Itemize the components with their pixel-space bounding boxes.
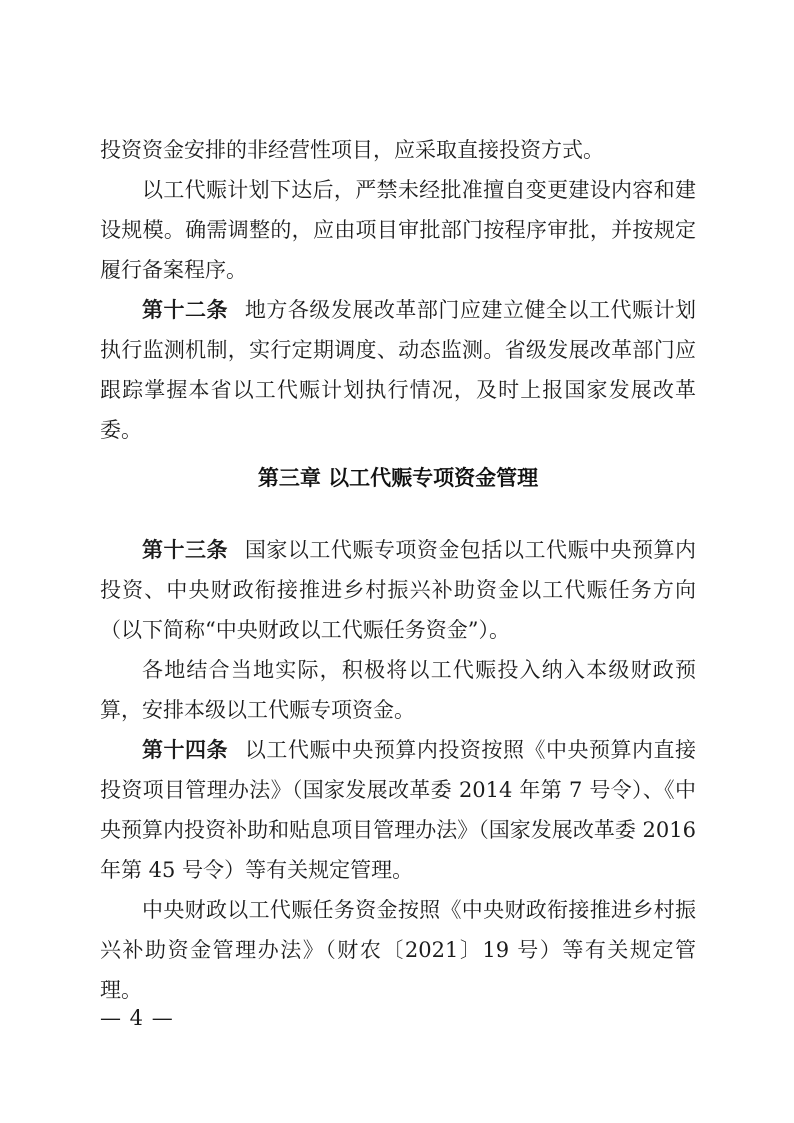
page-number: — 4 — (100, 1003, 174, 1033)
article-14-label: 第十四条 (142, 737, 228, 762)
paragraph-local-budget: 各地结合当地实际，积极将以工代赈投入纳入本级财政预算，安排本级以工代赈专项资金。 (100, 650, 696, 730)
chapter-3-heading: 第三章 以工代赈专项资金管理 (100, 464, 696, 492)
article-12-label: 第十二条 (142, 297, 228, 322)
paragraph-article-13: 第十三条国家以工代赈专项资金包括以工代赈中央预算内投资、中央财政衔接推进乡村振兴… (100, 530, 696, 650)
article-13-label: 第十三条 (142, 537, 228, 562)
document-body: 投资资金安排的非经营性项目，应采取直接投资方式。 以工代赈计划下达后，严禁未经批… (100, 130, 696, 1010)
paragraph-continuation: 投资资金安排的非经营性项目，应采取直接投资方式。 (100, 130, 696, 170)
paragraph-central-fiscal: 中央财政以工代赈任务资金按照《中央财政衔接推进乡村振兴补助资金管理办法》（财农〔… (100, 890, 696, 1010)
document-page: 投资资金安排的非经营性项目，应采取直接投资方式。 以工代赈计划下达后，严禁未经批… (0, 0, 794, 1123)
paragraph-article-12: 第十二条地方各级发展改革部门应建立健全以工代赈计划执行监测机制，实行定期调度、动… (100, 290, 696, 450)
paragraph-article-14: 第十四条以工代赈中央预算内投资按照《中央预算内直接投资项目管理办法》（国家发展改… (100, 730, 696, 890)
paragraph-plan-change: 以工代赈计划下达后，严禁未经批准擅自变更建设内容和建设规模。确需调整的，应由项目… (100, 170, 696, 290)
